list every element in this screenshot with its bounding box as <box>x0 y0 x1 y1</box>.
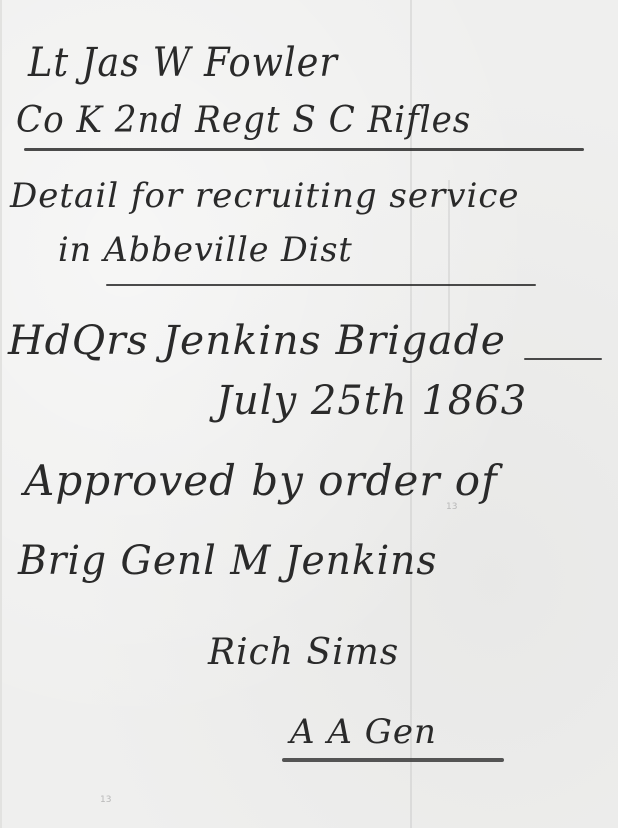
document-page: Lt Jas W Fowler Co K 2nd Regt S C Rifles… <box>0 0 618 828</box>
headquarters-line: HdQrs Jenkins Brigade <box>8 318 506 364</box>
stamp-mark: 13 <box>446 502 457 512</box>
signature-underline <box>282 758 504 762</box>
unit-line: Co K 2nd Regt S C Rifles <box>16 100 471 141</box>
underline-rule <box>24 148 584 151</box>
signature-line: Rich Sims <box>208 632 399 673</box>
detail-line-2: in Abbeville Dist <box>58 230 353 270</box>
date-line: July 25th 1863 <box>216 378 527 424</box>
approved-line-2: Brig Genl M Jenkins <box>18 538 437 584</box>
underline-rule <box>106 284 536 286</box>
name-line: Lt Jas W Fowler <box>28 40 338 86</box>
title-line: A A Gen <box>290 712 437 752</box>
detail-line-1: Detail for recruiting service <box>10 176 520 216</box>
approved-line-1: Approved by order of <box>24 456 498 505</box>
stamp-mark: 13 <box>100 795 111 805</box>
flourish-rule <box>524 358 602 360</box>
